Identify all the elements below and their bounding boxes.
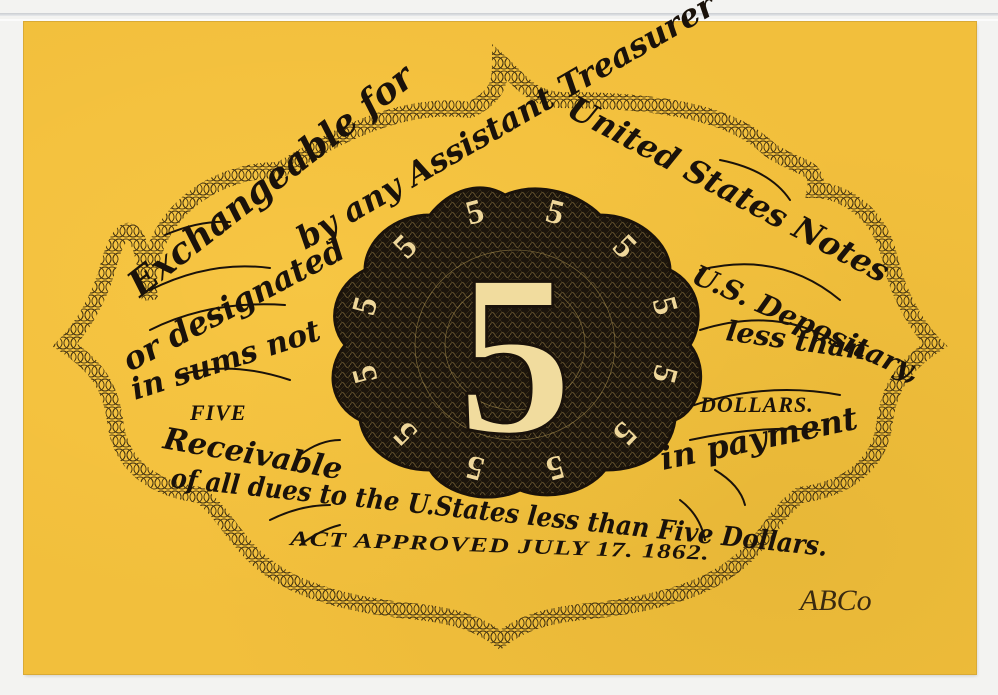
denomination-numeral: 5 xyxy=(458,227,573,482)
engraver-monogram: ABCo xyxy=(798,584,872,617)
text-five: FIVE xyxy=(189,400,247,425)
note-engraving: Exchangeable for by any Assistant Treasu… xyxy=(0,0,998,695)
